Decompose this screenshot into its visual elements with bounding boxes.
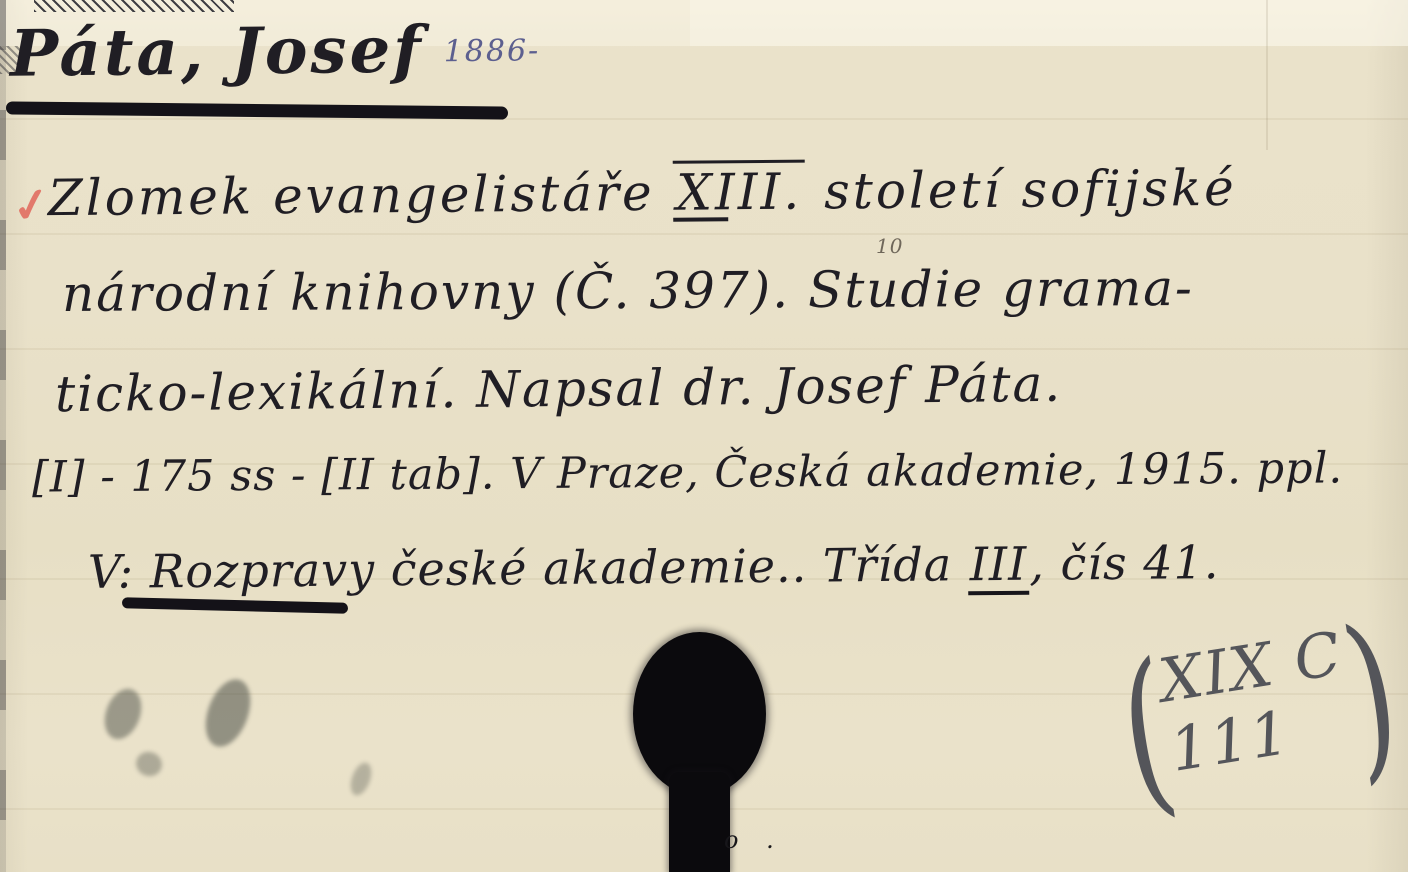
paper-crease	[1266, 0, 1268, 150]
catalog-card: Páta, Josef1886- ✓ Zlomek evangelistáře …	[0, 0, 1408, 872]
title-line-1-post: století sofijské	[805, 159, 1237, 221]
author-heading: Páta, Josef1886-	[10, 11, 541, 92]
series-underline-stroke	[122, 597, 348, 614]
series-label: V:	[88, 544, 150, 599]
ruled-line	[0, 348, 1408, 350]
corner-hatch-mark	[34, 0, 234, 12]
ink-smudge	[133, 748, 166, 779]
paper-light-band-right	[690, 0, 1408, 46]
ink-smudge	[197, 673, 259, 752]
author-dates: 1886-	[444, 33, 541, 69]
series-mid: akademie.. Třída	[527, 537, 968, 595]
imprint-line: [I] - 175 ss - [II tab]. V Praze, Česká …	[32, 443, 1343, 502]
series-title: Rozpravy české	[150, 541, 528, 598]
heading-underline-stroke	[6, 101, 508, 119]
call-number-text: XIX C 111	[1155, 618, 1364, 809]
ruled-line	[0, 233, 1408, 235]
series-note: V: Rozpravy české akademie.. Třída III, …	[88, 535, 1220, 599]
title-line-3: ticko-lexikální. Napsal dr. Josef Páta.	[55, 355, 1063, 424]
series-class-roman-numeral: III	[968, 537, 1030, 596]
punch-hole-stem	[669, 772, 730, 872]
scan-edge-artifact	[0, 0, 6, 872]
author-name: Páta, Josef	[10, 12, 424, 91]
series-end: , čís 41.	[1029, 535, 1220, 591]
title-line-1-pre: Zlomek evangelistáře	[48, 164, 674, 227]
title-line-2: národní knihovny (Č. 397). Studie grama-	[62, 259, 1194, 323]
title-line-1: Zlomek evangelistáře XIII. století sofij…	[48, 159, 1237, 227]
century-roman-numeral: XIII.	[673, 160, 805, 222]
ruled-line	[0, 118, 1408, 120]
ink-smudge	[347, 760, 376, 798]
superscript-annotation: 10	[876, 234, 903, 258]
tiny-ink-mark: o .	[724, 826, 784, 854]
call-number: ( XIX C 111 )	[1098, 606, 1408, 822]
